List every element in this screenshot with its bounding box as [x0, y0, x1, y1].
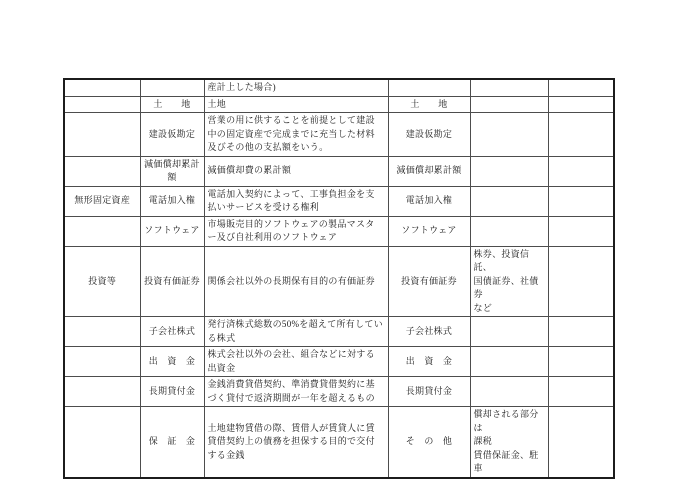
cell-description: 減価償却費の累計額 — [204, 156, 388, 186]
cell-item-left: 子会社株式 — [140, 317, 204, 347]
cell-category: 無形固定資産 — [64, 186, 140, 216]
cell-note — [470, 377, 548, 407]
cell-blank — [548, 186, 614, 216]
table-row: 土 地 土地 土 地 — [64, 96, 614, 113]
cell-item-right: 長期貸付金 — [388, 377, 470, 407]
cell-description: 株式会社以外の会社、組合などに対する 出資金 — [204, 347, 388, 377]
table-row: 長期貸付金 金銭消費貸借契約、準消費貸借契約に基 づく貸付で返済期間が一年を超え… — [64, 377, 614, 407]
cell-note — [470, 156, 548, 186]
fixed-assets-definition-table: 産計上した場合) 土 地 土地 土 地 建設仮勘定 営業の用に供することを前提と… — [63, 78, 615, 479]
cell-note — [470, 186, 548, 216]
cell-description: 市場販売目的ソフトウェアの製品マスタ ー及び自社利用のソフトウェア — [204, 216, 388, 246]
cell-item-right: 投資有価証券 — [388, 246, 470, 317]
table-row: 減価償却累計額 減価償却費の累計額 減価償却累計額 — [64, 156, 614, 186]
table-row: 保 証 金 土地建物賃借の際、賃借人が賃貸人に賃 貸借契約上の債務を担保する目的… — [64, 407, 614, 478]
cell-description: 土地 — [204, 96, 388, 113]
table-row: 投資等 投資有価証券 関係会社以外の長期保有目的の有価証券 投資有価証券 株券、… — [64, 246, 614, 317]
cell-category — [64, 347, 140, 377]
cell-note — [470, 113, 548, 157]
document-page: 産計上した場合) 土 地 土地 土 地 建設仮勘定 営業の用に供することを前提と… — [0, 0, 680, 481]
cell-blank — [548, 347, 614, 377]
cell-item-right: ソフトウェア — [388, 216, 470, 246]
cell-blank — [548, 113, 614, 157]
cell-item-left: ソフトウェア — [140, 216, 204, 246]
table-row: 子会社株式 発行済株式総数の50%を超えて所有してい る株式 子会社株式 — [64, 317, 614, 347]
table-row: 出 資 金 株式会社以外の会社、組合などに対する 出資金 出 資 金 — [64, 347, 614, 377]
cell-blank — [548, 246, 614, 317]
cell-category — [64, 96, 140, 113]
cell-description: 電話加入契約によって、工事負担金を支 払いサービスを受ける権利 — [204, 186, 388, 216]
cell-description: 産計上した場合) — [204, 79, 388, 96]
cell-item-left: 保 証 金 — [140, 407, 204, 478]
cell-note — [470, 79, 548, 96]
cell-note — [470, 317, 548, 347]
cell-item-left: 建設仮勘定 — [140, 113, 204, 157]
table-row: 建設仮勘定 営業の用に供することを前提として建設 中の固定資産で完成までに充当し… — [64, 113, 614, 157]
cell-category — [64, 79, 140, 96]
cell-item-right: 建設仮勘定 — [388, 113, 470, 157]
cell-note: 株券、投資信託、 国債証券、社債券 など — [470, 246, 548, 317]
table-row: ソフトウェア 市場販売目的ソフトウェアの製品マスタ ー及び自社利用のソフトウェア… — [64, 216, 614, 246]
table-row: 無形固定資産 電話加入権 電話加入契約によって、工事負担金を支 払いサービスを受… — [64, 186, 614, 216]
cell-category — [64, 216, 140, 246]
cell-item-left: 減価償却累計額 — [140, 156, 204, 186]
cell-blank — [548, 79, 614, 96]
cell-category — [64, 156, 140, 186]
cell-description: 発行済株式総数の50%を超えて所有してい る株式 — [204, 317, 388, 347]
cell-item-left: 長期貸付金 — [140, 377, 204, 407]
cell-item-right: そ の 他 — [388, 407, 470, 478]
cell-note — [470, 216, 548, 246]
cell-note — [470, 96, 548, 113]
cell-blank — [548, 377, 614, 407]
table-row: 産計上した場合) — [64, 79, 614, 96]
cell-item-left: 出 資 金 — [140, 347, 204, 377]
cell-category — [64, 407, 140, 478]
cell-category — [64, 317, 140, 347]
cell-item-left: 土 地 — [140, 96, 204, 113]
cell-item-right: 子会社株式 — [388, 317, 470, 347]
cell-blank — [548, 96, 614, 113]
cell-item-right: 電話加入権 — [388, 186, 470, 216]
cell-blank — [548, 317, 614, 347]
cell-note: 償却される部分は 課税 賃借保証金、駐車 — [470, 407, 548, 478]
cell-description: 営業の用に供することを前提として建設 中の固定資産で完成までに充当した材料 及び… — [204, 113, 388, 157]
cell-item-left: 電話加入権 — [140, 186, 204, 216]
cell-item-right: 出 資 金 — [388, 347, 470, 377]
cell-description: 土地建物賃借の際、賃借人が賃貸人に賃 貸借契約上の債務を担保する目的で交付 する… — [204, 407, 388, 478]
cell-category — [64, 377, 140, 407]
cell-item-right: 土 地 — [388, 96, 470, 113]
cell-item-left: 投資有価証券 — [140, 246, 204, 317]
cell-category: 投資等 — [64, 246, 140, 317]
cell-blank — [548, 407, 614, 478]
cell-blank — [548, 156, 614, 186]
cell-blank — [548, 216, 614, 246]
cell-item-right — [388, 79, 470, 96]
cell-item-right: 減価償却累計額 — [388, 156, 470, 186]
cell-description: 金銭消費貸借契約、準消費貸借契約に基 づく貸付で返済期間が一年を超えるもの — [204, 377, 388, 407]
cell-description: 関係会社以外の長期保有目的の有価証券 — [204, 246, 388, 317]
cell-category — [64, 113, 140, 157]
cell-note — [470, 347, 548, 377]
cell-item-left — [140, 79, 204, 96]
